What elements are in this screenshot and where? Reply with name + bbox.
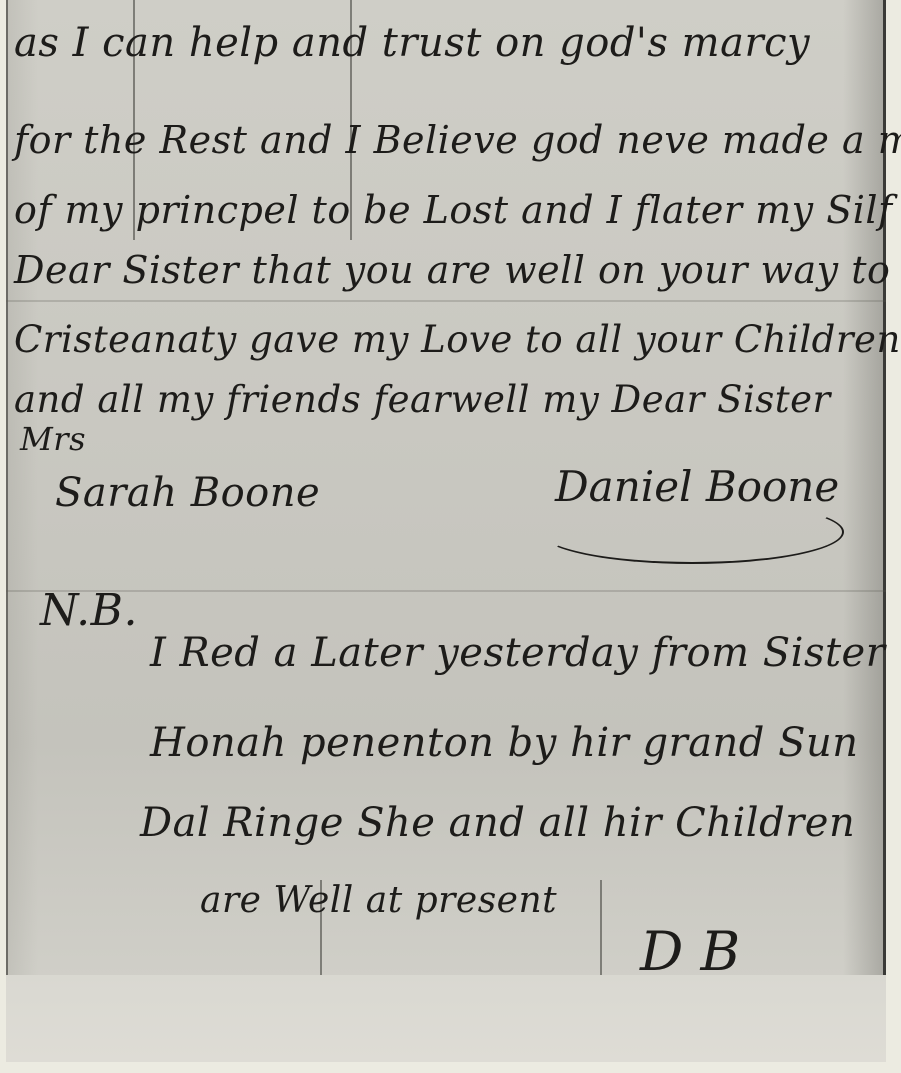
salutation-title: Mrs <box>20 420 86 458</box>
postscript-line: Dal Ringe She and all hir Children <box>140 800 855 846</box>
letter-line: for the Rest and I Believe god neve made… <box>14 118 901 162</box>
postscript-line: I Red a Later yesterday from Sister <box>150 630 885 676</box>
letter-line: and all my friends fearwell my Dear Sist… <box>14 378 831 421</box>
fold-line <box>6 300 886 302</box>
postscript-line: are Well at present <box>200 880 557 921</box>
letter-line: of my princpel to be Lost and I flater m… <box>14 188 893 232</box>
letter-line: as I can help and trust on god's marcy <box>14 20 810 66</box>
letter-line: Cristeanaty gave my Love to all your Chi… <box>14 318 901 361</box>
fold-line <box>6 590 886 592</box>
postscript-line: Honah penenton by hir grand Sun <box>150 720 859 766</box>
letter-line: Dear Sister that you are well on your wa… <box>14 248 890 292</box>
letter-scan: as I can help and trust on god's marcy f… <box>0 0 901 1073</box>
signature-flourish <box>540 500 844 564</box>
recipient-name: Sarah Boone <box>55 470 320 516</box>
postscript-label: N.B. <box>40 585 138 636</box>
signature-initials: D B <box>640 920 740 983</box>
paper-bottom-edge <box>6 975 886 1062</box>
